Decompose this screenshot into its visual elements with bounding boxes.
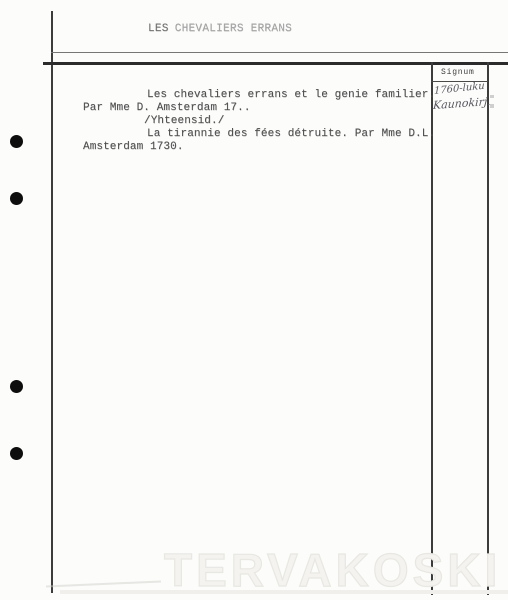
stray-mark-2 — [490, 104, 494, 108]
signum-column-divider — [431, 62, 433, 595]
entry-line-2: Par Mme D. Amsterdam 17.. — [83, 102, 251, 115]
punch-hole-1 — [10, 135, 23, 148]
signum-column-header: Signum — [441, 68, 475, 77]
entry-line-1: Les chevaliers errans et le genie famili… — [147, 89, 435, 102]
entry-line-3: /Yhteensid./ — [144, 115, 224, 128]
paper-watermark: TERVAKOSKI — [164, 543, 501, 597]
entry-line-4: La tirannie des fées détruite. Par Mme D… — [147, 128, 435, 141]
card-right-border — [487, 62, 489, 595]
card-top-thin-rule — [51, 52, 508, 53]
page-title-rest: CHEVALIERS ERRANS — [175, 23, 292, 35]
punch-hole-2 — [10, 192, 23, 205]
signum-handwritten-note-line1: 1760-luku — [434, 81, 485, 97]
punch-hole-4 — [10, 447, 23, 460]
page-title: LESCHEVALIERS ERRANS — [148, 23, 292, 35]
page-title-prefix: LES — [148, 23, 169, 35]
scan-smudge — [46, 580, 161, 587]
punch-hole-3 — [10, 380, 23, 393]
card-top-border — [43, 62, 508, 65]
scan-bottom-shade — [60, 590, 508, 594]
scanned-catalog-card-page: LESCHEVALIERS ERRANS Signum 1760-luku Ka… — [0, 0, 508, 600]
left-margin-rule — [51, 11, 53, 593]
stray-mark-1 — [490, 95, 494, 98]
signum-handwritten-note-line2: Kaunokirj. — [433, 95, 492, 112]
entry-line-5: Amsterdam 1730. — [83, 141, 184, 154]
